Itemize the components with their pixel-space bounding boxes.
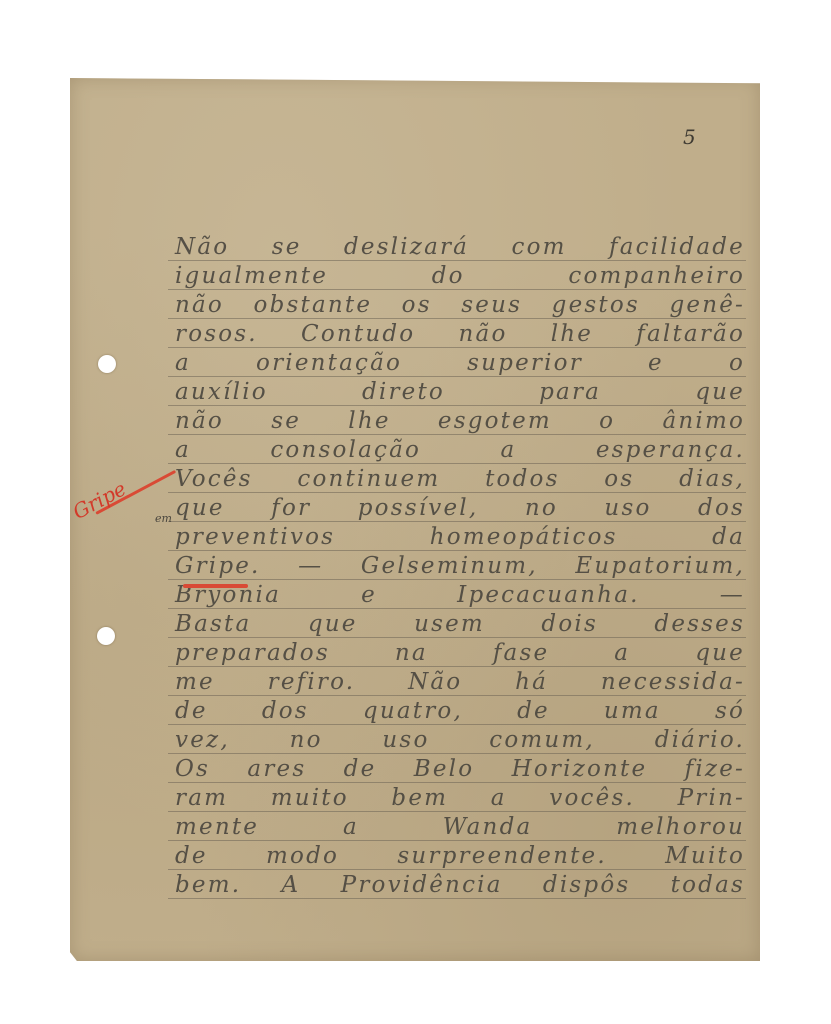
text-line: Não se deslizará com facilidade — [175, 233, 745, 262]
text-line: de dos quatro, de uma só — [175, 697, 745, 726]
punch-hole-bottom — [97, 627, 115, 645]
page-number: 5 — [683, 125, 696, 149]
red-underline-mark — [183, 584, 248, 588]
margin-inline-note: em — [155, 512, 172, 525]
text-line: não se lhe esgotem o ânimo — [175, 407, 745, 436]
text-line: a orientação superior e o — [175, 349, 745, 378]
text-line: auxílio direto para que — [175, 378, 745, 407]
text-line: que for possível, no uso dos — [175, 494, 745, 523]
text-line: não obstante os seus gestos genê- — [175, 291, 745, 320]
text-line: de modo surpreendente. Muito — [175, 842, 745, 871]
text-line: me refiro. Não há necessida- — [175, 668, 745, 697]
text-line: a consolação a esperança. — [175, 436, 745, 465]
text-line: Gripe. — Gelseminum, Eupatorium, — [175, 552, 745, 581]
text-line: preparados na fase a que — [175, 639, 745, 668]
text-line: Os ares de Belo Horizonte fize- — [175, 755, 745, 784]
text-line: preventivos homeopáticos da — [175, 523, 745, 552]
text-line: Bryonia e Ipecacuanha. — — [175, 581, 745, 610]
text-line: igualmente do companheiro — [175, 262, 745, 291]
text-line: Basta que usem dois desses — [175, 610, 745, 639]
text-line: rosos. Contudo não lhe faltarão — [175, 320, 745, 349]
text-line: vez, no uso comum, diário. — [175, 726, 745, 755]
text-line: Vocês continuem todos os dias, — [175, 465, 745, 494]
text-line: bem. A Providência dispôs todas — [175, 871, 745, 900]
text-line: ram muito bem a vocês. Prin- — [175, 784, 745, 813]
punch-hole-top — [98, 355, 116, 373]
text-line: mente a Wanda melhorou — [175, 813, 745, 842]
